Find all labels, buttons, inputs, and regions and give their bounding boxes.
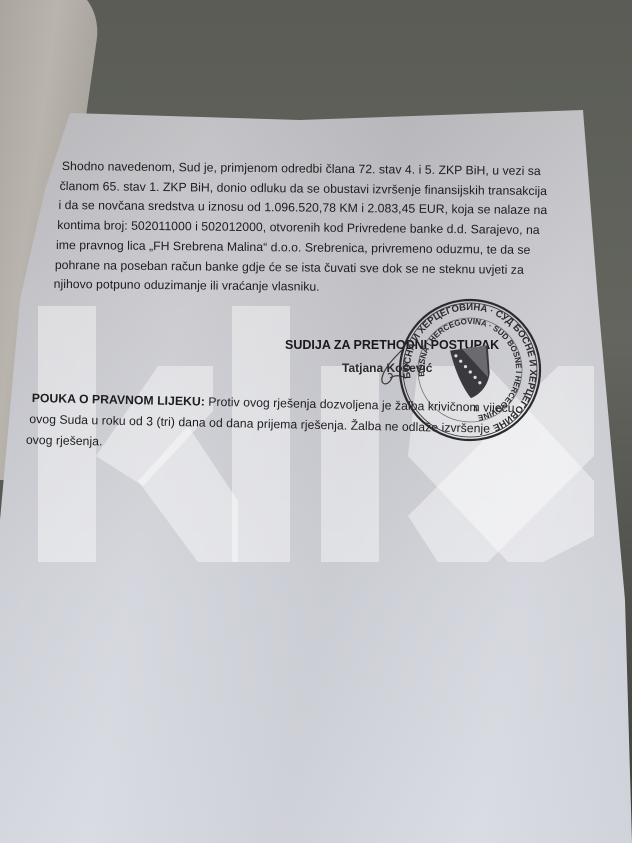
- court-stamp: БОСНА И ХЕРЦЕГОВИНА · СУД БОСНЕ И ХЕРЦЕГ…: [395, 298, 545, 443]
- stamp-number: 4: [473, 404, 479, 414]
- decision-paragraph: Shodno navedenom, Sud je, primjenom odre…: [61, 157, 548, 300]
- legal-remedy-heading: POUKA O PRAVNOM LIJEKU:: [32, 391, 205, 409]
